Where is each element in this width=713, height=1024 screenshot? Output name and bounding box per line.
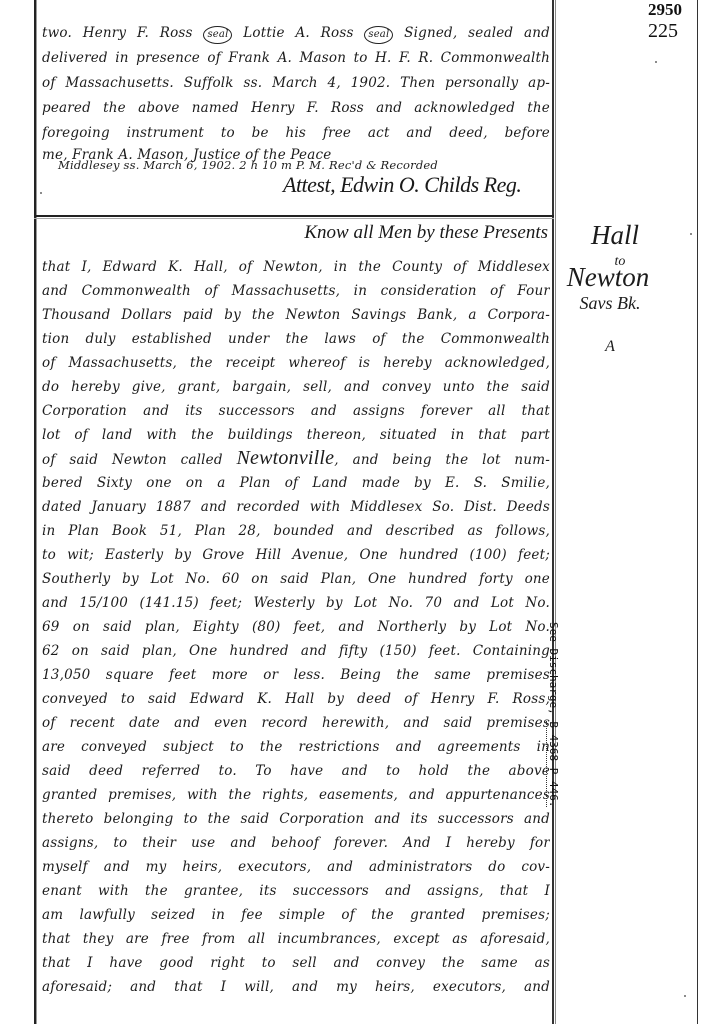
signed-sealed-text: Signed, sealed and: [404, 25, 550, 41]
speck: [690, 233, 692, 235]
page-right-border: [697, 0, 698, 1024]
column-border: [552, 0, 554, 1024]
deed-line: that I, Edward K. Hall, of Newton, in th…: [42, 255, 550, 279]
deed-line: myself and my heirs, executors, and admi…: [42, 855, 550, 879]
deed-line: that I have good right to sell and conve…: [42, 951, 550, 975]
deed-line: of recent date and even record herewith,…: [42, 711, 550, 735]
discharge-book-page: B 4368 P 446.: [546, 721, 560, 807]
recording-note: Middlesey ss. March 6, 1902. 2 h 10 m P.…: [58, 158, 438, 172]
newtonville-place: Newtonville: [237, 447, 335, 469]
deed-line: of said Newton called Newtonville, and b…: [42, 445, 550, 471]
deed-line: am lawfully seized in fee simple of the …: [42, 903, 550, 927]
deed-line: lot of land with the buildings thereon, …: [42, 423, 550, 447]
margin-grantor: Hall: [570, 220, 660, 251]
page-left-border-inner: [36, 0, 37, 1024]
deed-line: 13,050 square feet more or less. Being t…: [42, 663, 550, 687]
deed-line: delivered in presence of Frank A. Mason …: [42, 45, 550, 71]
section-divider-shadow: [34, 218, 554, 219]
deed-line: of Massachusetts. Suffolk ss. March 4, 1…: [42, 70, 550, 96]
deed-line: peared the above named Henry F. Ross and…: [42, 95, 550, 121]
deed-line: in Plan Book 51, Plan 28, bounded and de…: [42, 519, 550, 543]
discharge-reference-stamp: See Discharge, B 4368 P 446.: [547, 622, 560, 762]
deed-line: to wit; Easterly by Grove Hill Avenue, O…: [42, 543, 550, 567]
newton-called-text: of said Newton called: [42, 452, 223, 468]
deed-line: Southerly by Lot No. 60 on said Plan, On…: [42, 567, 550, 591]
deed-heading: Know all Men by these Presents: [250, 222, 548, 244]
deed-line: thereto belonging to the said Corporatio…: [42, 807, 550, 831]
margin-grantee: Newton: [553, 262, 663, 293]
margin-grantee-bank: Savs Bk.: [565, 293, 655, 314]
deed-line: and Commonwealth of Massachusetts, in co…: [42, 279, 550, 303]
deed-line: of Massachusetts, the receipt whereof is…: [42, 351, 550, 375]
column-border-inner: [555, 0, 556, 1024]
signatory-lottie: Lottie A. Ross: [243, 25, 353, 41]
deed-line: dated January 1887 and recorded with Mid…: [42, 495, 550, 519]
deed-line: two. Henry F. Ross seal Lottie A. Ross s…: [42, 20, 550, 46]
deed-line: do hereby give, grant, bargain, sell, an…: [42, 375, 550, 399]
margin-letter: A: [590, 338, 630, 356]
speck: [40, 192, 42, 194]
signatory-henry: two. Henry F. Ross: [42, 25, 193, 41]
deed-line: 62 on said plan, One hundred and fifty (…: [42, 639, 550, 663]
seal-mark: seal: [364, 26, 393, 44]
section-divider: [34, 215, 554, 217]
deed-line: aforesaid; and that I will, and my heirs…: [42, 975, 550, 999]
speck: [684, 995, 686, 997]
deed-line: conveyed to said Edward K. Hall by deed …: [42, 687, 550, 711]
folio-page-number: 225: [648, 20, 678, 43]
deed-line: Thousand Dollars paid by the Newton Savi…: [42, 303, 550, 327]
deed-line: enant with the grantee, its successors a…: [42, 879, 550, 903]
deed-line: that they are free from all incumbrances…: [42, 927, 550, 951]
deed-line: Corporation and its successors and assig…: [42, 399, 550, 423]
register-attestation: Attest, Edwin O. Childs Reg.: [283, 172, 521, 198]
seal-mark: seal: [203, 26, 232, 44]
deed-line: bered Sixty one on a Plan of Land made b…: [42, 471, 550, 495]
lot-numbered-text: , and being the lot num-: [334, 452, 550, 468]
deed-line: and 15/100 (141.15) feet; Westerly by Lo…: [42, 591, 550, 615]
deed-line: tion duly established under the laws of …: [42, 327, 550, 351]
speck: [655, 61, 657, 63]
deed-line: said deed referred to. To have and to ho…: [42, 759, 550, 783]
folio-number-top: 2950: [648, 0, 682, 20]
deed-line: granted premises, with the rights, easem…: [42, 783, 550, 807]
deed-line: assigns, to their use and behoof forever…: [42, 831, 550, 855]
discharge-label: See Discharge,: [547, 622, 560, 721]
deed-line: 69 on said plan, Eighty (80) feet, and N…: [42, 615, 550, 639]
deed-line: are conveyed subject to the restrictions…: [42, 735, 550, 759]
